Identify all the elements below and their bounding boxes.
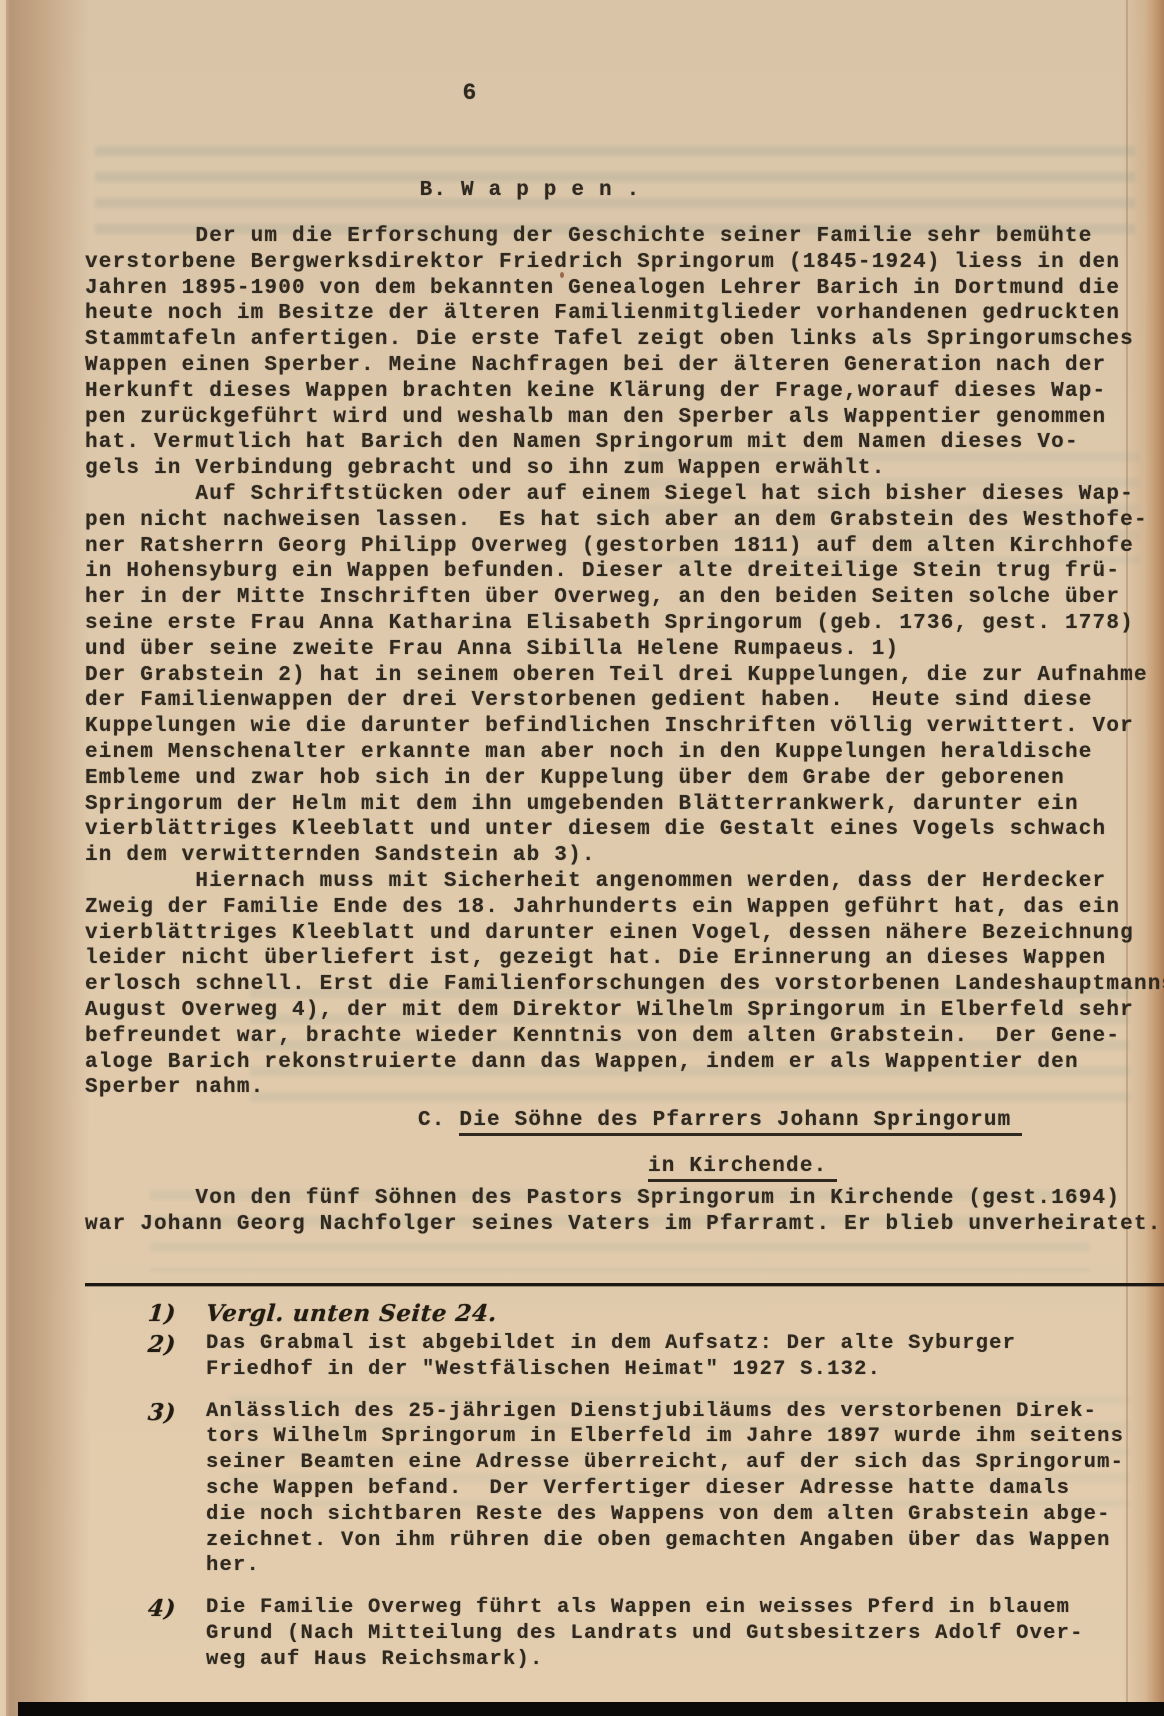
section-heading-c-line1: C. Die Söhne des Pfarrers Johann Springo…: [418, 1108, 1022, 1134]
paragraph-3: Hiernach muss mit Sicherheit angenommen …: [85, 869, 1155, 1101]
footnotes: 1) Vergl. unten Seite 24. 2) Das Grabmal…: [148, 1300, 1138, 1673]
footnote-2: 2) Das Grabmal ist abgebildet in dem Auf…: [148, 1331, 1138, 1383]
heading-c-title: Die Söhne des Pfarrers Johann Springorum: [459, 1109, 1021, 1136]
footnote-1: 1) Vergl. unten Seite 24.: [148, 1300, 1138, 1327]
footnote-4-marker: 4): [147, 1595, 207, 1622]
section-heading-b: B. W a p p e n .: [85, 178, 975, 204]
paragraph-1: Der um die Erforschung der Geschichte se…: [85, 224, 1155, 482]
footnote-1-marker: 1): [147, 1300, 207, 1327]
scan-bottom-bar: [18, 1702, 1164, 1716]
heading-c-subtitle: in Kirchende.: [648, 1155, 837, 1182]
footnote-3-marker: 3): [147, 1399, 207, 1426]
page-number: 6: [440, 80, 500, 106]
page-left-edge: [0, 0, 6, 1716]
paragraph-4: Von den fünf Söhnen des Pastors Springor…: [85, 1186, 1155, 1238]
footnote-2-marker: 2): [147, 1331, 207, 1358]
footnote-1-text: Vergl. unten Seite 24.: [205, 1300, 498, 1327]
footnote-separator: [85, 1283, 1164, 1286]
heading-c-prefix: C.: [418, 1109, 459, 1132]
footnote-4-text: Die Familie Overweg führt als Wappen ein…: [206, 1595, 1084, 1672]
section-heading-c-line2: in Kirchende.: [648, 1154, 837, 1180]
body-text: Der um die Erforschung der Geschichte se…: [85, 224, 1155, 1101]
footnote-2-text: Das Grabmal ist abgebildet in dem Aufsat…: [206, 1331, 1016, 1383]
document-page: 6 B. W a p p e n . Der um die Erforschun…: [0, 0, 1164, 1716]
footnote-3: 3) Anlässlich des 25-jährigen Dienstjubi…: [148, 1399, 1138, 1580]
paragraph-2: Auf Schriftstücken oder auf einem Siegel…: [85, 482, 1155, 869]
footnote-3-text: Anlässlich des 25-jährigen Dienstjubiläu…: [206, 1399, 1124, 1580]
page-gutter-shadow: [0, 0, 95, 1716]
footnote-4: 4) Die Familie Overweg führt als Wappen …: [148, 1595, 1138, 1672]
